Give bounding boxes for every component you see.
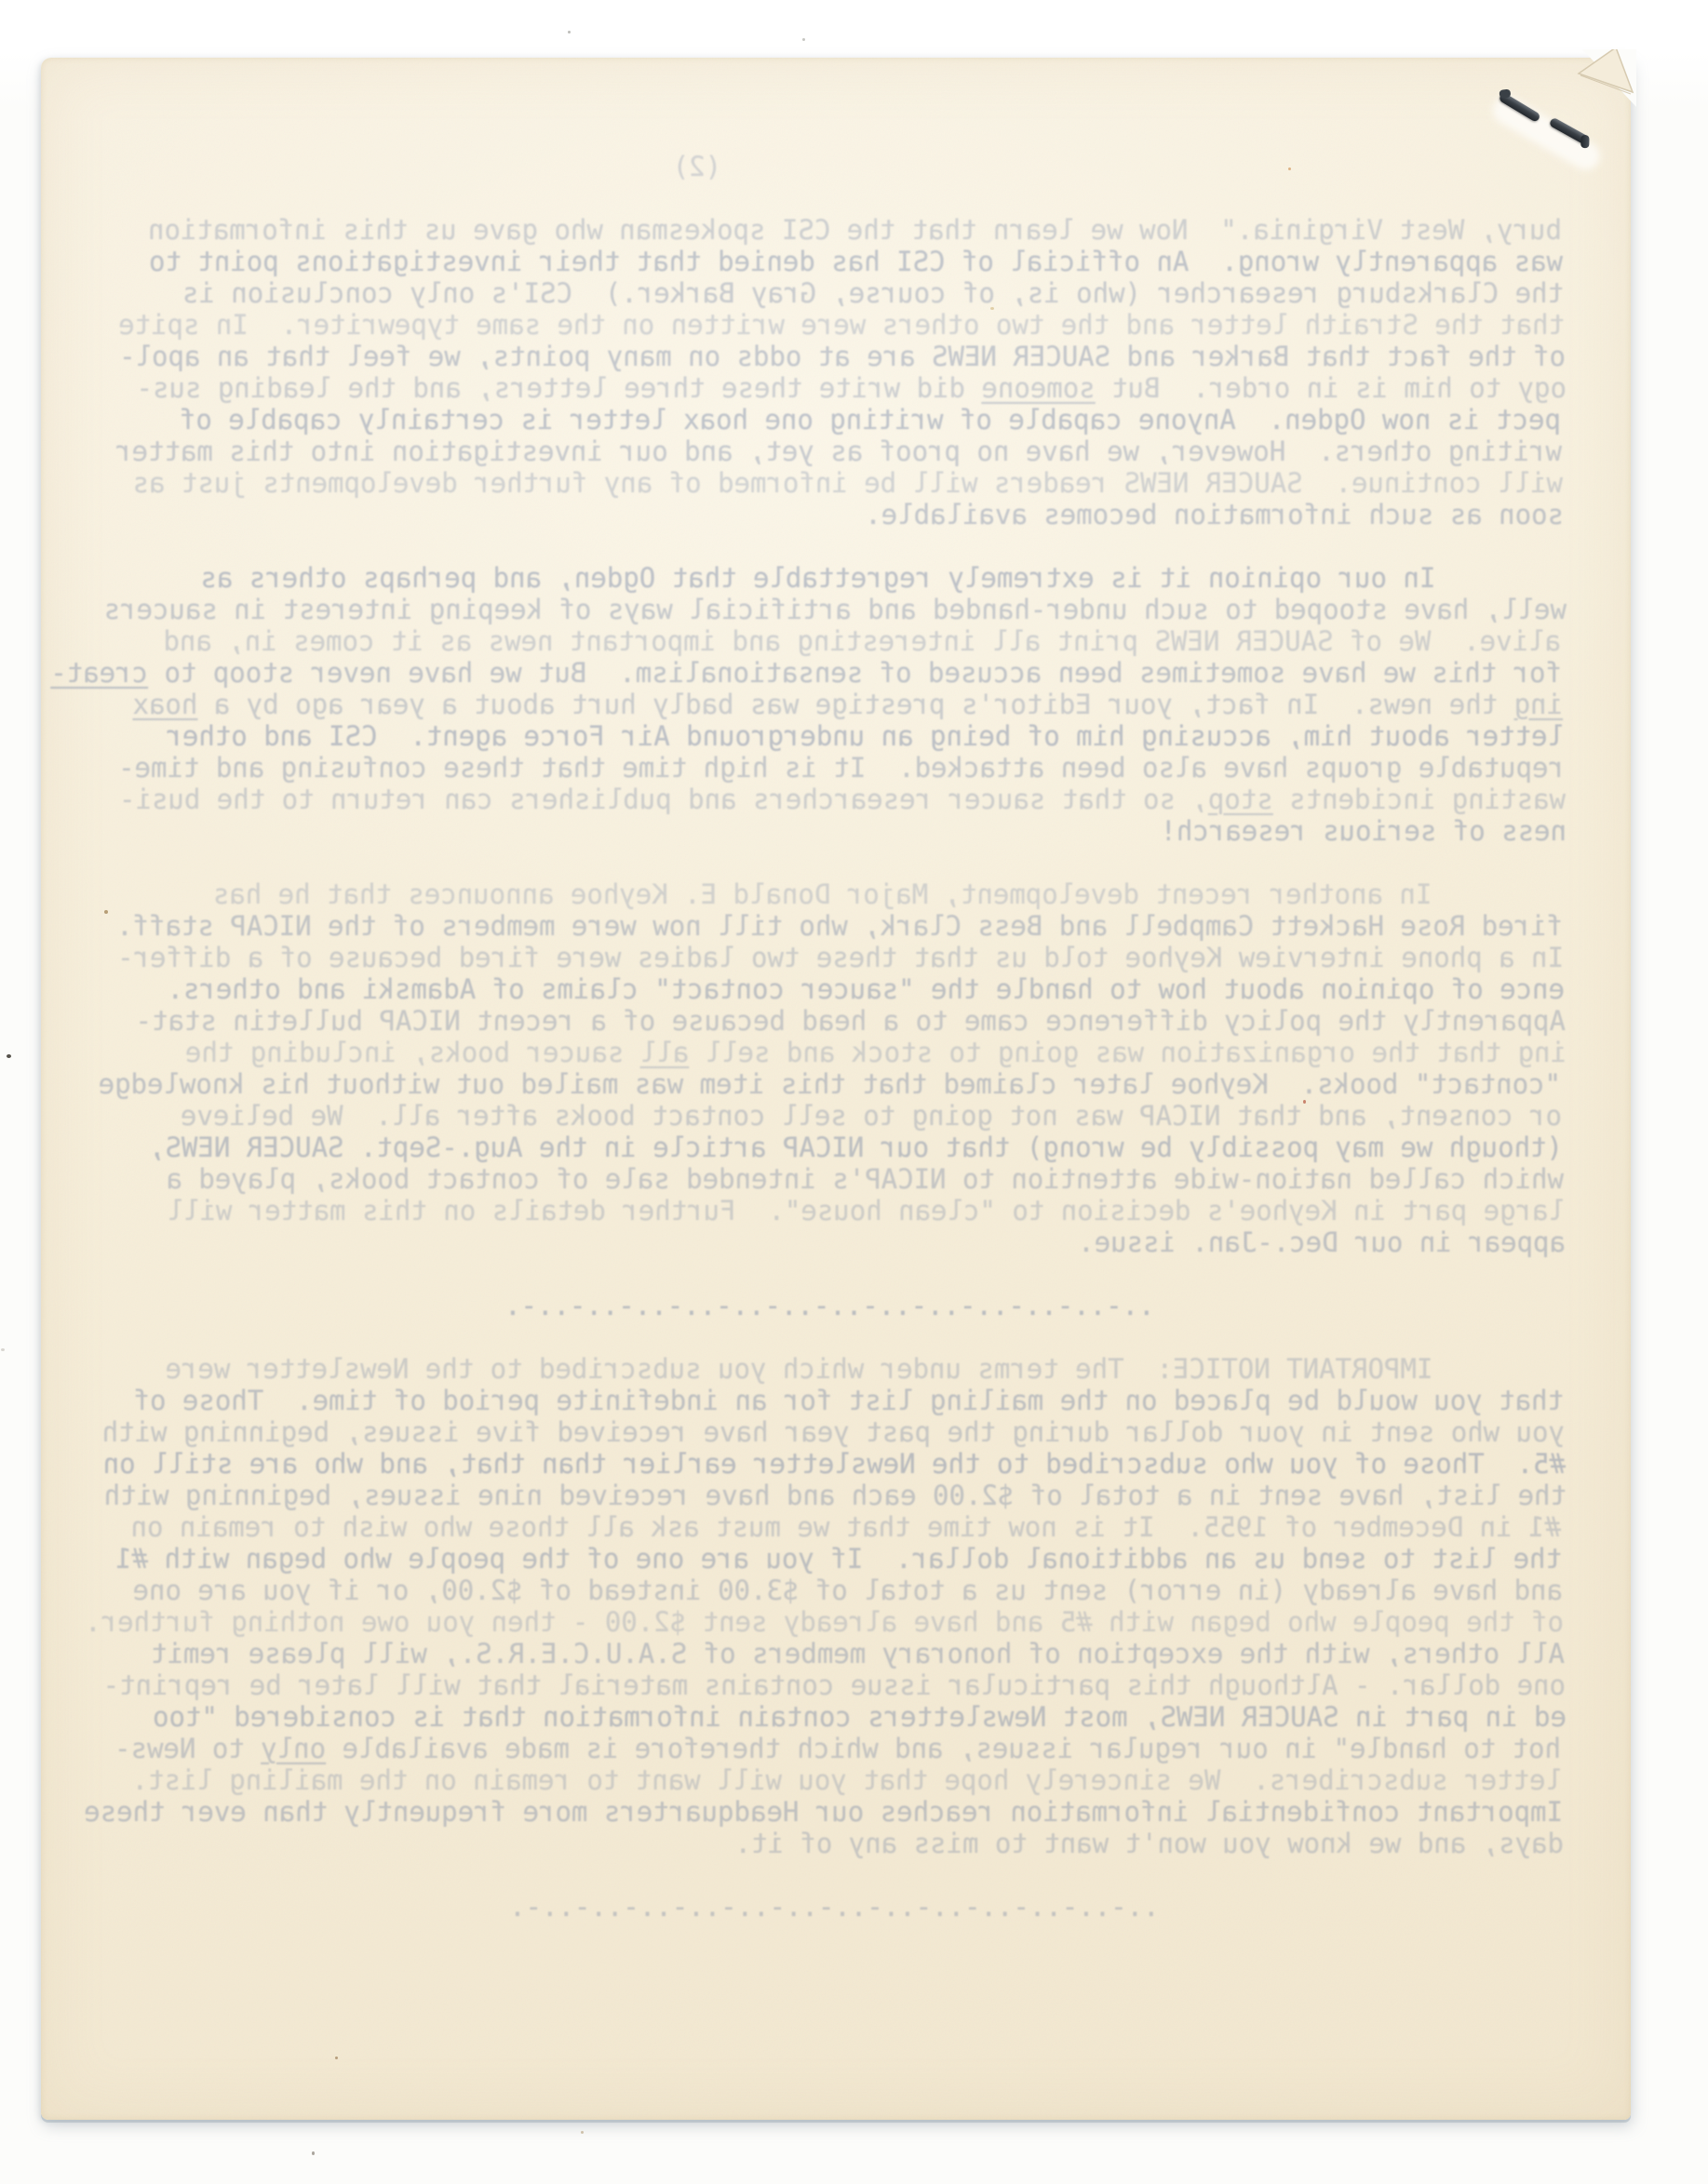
typewritten-line: large part in Keyhoe's decision to "clea… [94,1195,1565,1226]
paper-grain-texture [41,58,1631,2120]
paper-speck [1303,1100,1306,1104]
typewritten-line: one dollar. - Although this particular i… [95,1669,1566,1701]
typewritten-line: Important confidential information reach… [92,1796,1563,1828]
typewritten-line: All others, with the exception of honora… [94,1638,1565,1669]
typewritten-line: and have already (in error) sent us a to… [92,1574,1563,1606]
typewritten-line: fired Rose Hackett Campbell and Bess Cla… [92,910,1563,942]
paper-speck [335,2057,338,2059]
typewritten-line: ing the news. In fact, your Editor's pre… [92,689,1563,720]
scanner-dust [1,1348,5,1351]
typewritten-line: wasting incidents stop, so that saucer r… [95,784,1566,815]
typewritten-line: pect is now Ogden. Anyone capable of wri… [90,404,1561,435]
typewritten-line: appear in our Dec.-Jan. issue. [95,1226,1566,1258]
typewritten-line: ness of serious research! [96,815,1567,847]
typewritten-line: #5. Those of you who subscribed to the N… [95,1448,1566,1480]
typewritten-line: ence of opinion about how to handle the … [94,973,1565,1005]
staple-icon [1482,78,1649,162]
typewritten-line: that the Straith letter and the two othe… [94,309,1565,341]
scan-background: { "page": { "description": "Scanned reve… [0,0,1708,2184]
typewritten-line: days, and we know you won't want to miss… [93,1828,1564,1859]
typewritten-line: #1 in December of 1955. It is now time t… [90,1511,1561,1543]
typewritten-line: of the people who began with #5 and have… [93,1606,1564,1638]
paper-speck [104,910,108,914]
typewritten-line: or consent, and that NICAP was not going… [91,1100,1562,1132]
scanner-dust [312,2151,315,2155]
typewritten-line: In a phone interview Keyhoe told us that… [93,942,1564,973]
typewritten-line: (2) [96,151,1567,182]
typewritten-line: (though we may possibly be wrong) that o… [92,1132,1563,1163]
typewritten-line: "contact" books. Keyhoe later claimed th… [90,1068,1561,1100]
typewritten-line: IMPORTANT NOTICE: The terms under which … [92,1353,1563,1385]
typewritten-line [94,1859,1565,1891]
typewritten-line: reputable groups have also been attacked… [94,752,1565,784]
bleed-text-layer: (2)bury, West Virginia." Now we learn th… [41,58,1631,2120]
typewritten-line [90,847,1561,878]
typewritten-line: alive. We of SAUCER NEWS print all inter… [90,625,1561,657]
typewritten-line: ogy to him is in order. But someone did … [96,372,1567,404]
paper-speck [581,2131,584,2134]
typewritten-line [96,1258,1567,1290]
paper-speck [1288,167,1291,170]
typewritten-line: ..-..-..-..-..-..-..-..-..-..-..-..-..-. [90,1290,1561,1321]
typewritten-line: the list, have sent in a total of $2.00 … [96,1480,1567,1511]
typewritten-line: ing that the organization was going to s… [96,1037,1567,1068]
typewritten-line [94,530,1565,562]
typewritten-line: was apparently wrong. An official of CSI… [92,246,1563,277]
typewritten-line: soon as such information becomes availab… [93,499,1564,530]
typewritten-line: Apparently the policy difference came to… [95,1005,1566,1037]
typewritten-line: writing others. However, we have no proo… [91,435,1562,467]
typewritten-line [90,182,1561,214]
scanner-dust [802,38,805,41]
scanner-dust [7,1054,11,1058]
typewritten-line: bury, West Virginia." Now we learn that … [91,214,1562,246]
typewritten-line: for this we have sometimes been accused … [91,657,1562,689]
typewritten-line: In another recent development, Major Don… [91,878,1562,910]
typewritten-line: that you would be placed on the mailing … [93,1385,1564,1416]
typewritten-line: will continue. SAUCER NEWS readers will … [92,467,1563,499]
typewritten-line: In our opinion it is extremely regrettab… [95,562,1566,594]
typewritten-line: hot to handle" in our regular issues, an… [90,1733,1561,1764]
typewritten-line: letter subscribers. We sincerely hope th… [91,1764,1562,1796]
typewritten-line [91,1321,1562,1353]
typewritten-line: the Clarksburg researcher (who is, of co… [93,277,1564,309]
typewritten-line: the list to send us an additional dollar… [91,1543,1562,1574]
typewritten-line: you who sent in your dollar during the p… [94,1416,1565,1448]
typewritten-line: letter about him, accusing him of being … [93,720,1564,752]
scanner-dust [568,31,571,33]
typewritten-line: well, have stooped to such under-handed … [96,594,1567,625]
typewritten-line: ..-..-..-..-..-..-..-..-..-..-..-..-..-. [95,1891,1566,1923]
typewritten-line: ed in part in SAUCER NEWS, most Newslett… [96,1701,1567,1733]
typewritten-line: which called nation-wide attention to NI… [93,1163,1564,1195]
typewritten-line: of the fact that Barker and SAUCER NEWS … [95,341,1566,372]
paper-speck [990,307,994,310]
paper-page: (2)bury, West Virginia." Now we learn th… [41,58,1631,2120]
